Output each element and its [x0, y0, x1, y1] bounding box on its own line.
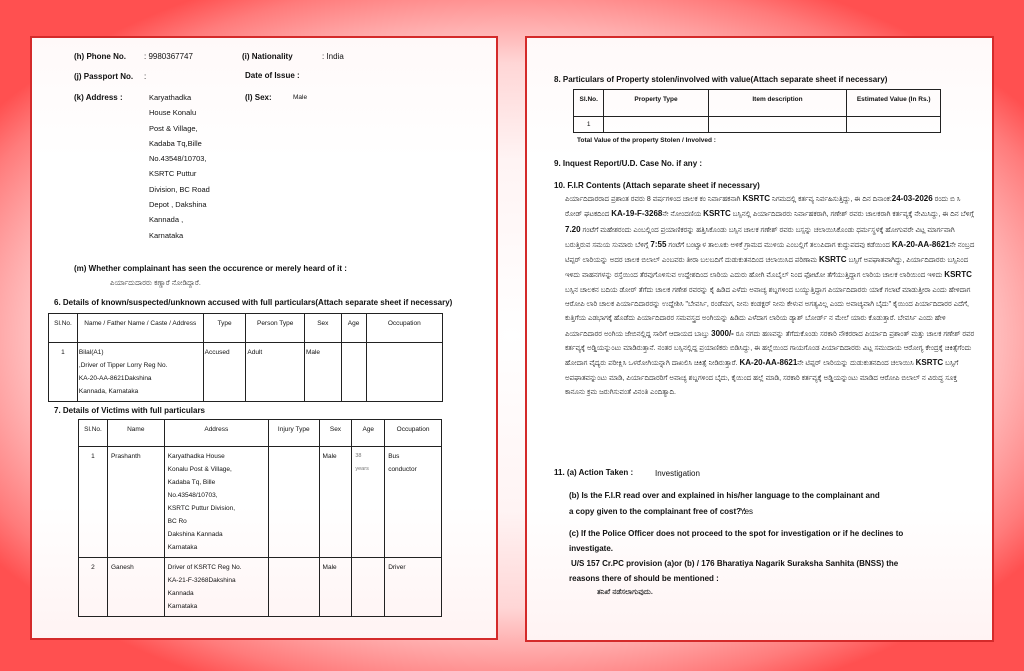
accused-col-header: Person Type: [246, 314, 305, 343]
section6-title: 6. Details of known/suspected/unknown ac…: [54, 298, 452, 307]
victim-sex: Male: [319, 558, 352, 617]
fir-highlight: 3000/-: [711, 329, 734, 338]
fir-highlight: KSRTC: [944, 270, 972, 279]
fir-highlight: KSRTC: [819, 255, 847, 264]
address-line: No.43548/10703,: [149, 151, 210, 166]
passport-label: (j) Passport No.: [74, 72, 133, 81]
victim-col-header: Name: [107, 420, 164, 447]
address-line: Kadaba Tq,Bille: [149, 136, 210, 151]
officer-declines-line2: investigate.: [569, 544, 613, 553]
address-line: Karnataka: [149, 228, 210, 243]
nationality-label: (i) Nationality: [242, 52, 293, 61]
section7-title: 7. Details of Victims with full particul…: [54, 406, 205, 415]
address-line: House Konalu: [149, 105, 210, 120]
fir-highlight: 7:55: [650, 240, 666, 249]
accused-person-type: Adult: [246, 343, 305, 402]
accused-col-header: Name / Father Name / Caste / Address: [77, 314, 203, 343]
fir-copy-question: a copy given to the complainant free of …: [569, 507, 746, 516]
date-of-issue-label: Date of Issue :: [245, 71, 300, 80]
victim-occupation: Driver: [385, 558, 442, 617]
fir-read-over-question: (b) Is the F.I.R read over and explained…: [569, 491, 880, 500]
accused-col-header: Age: [341, 314, 366, 343]
section10-title: 10. F.I.R Contents (Attach separate shee…: [554, 181, 760, 190]
nationality-value: : India: [322, 52, 344, 61]
action-taken-value: Investigation: [655, 469, 700, 478]
property-col-header: Item description: [708, 90, 847, 117]
accused-table: Sl.No.Name / Father Name / Caste / Addre…: [48, 313, 443, 402]
victim-age: 38years: [352, 447, 385, 558]
accused-name: Bilal(A1),Driver of Tipper Lorry Reg No.…: [77, 343, 203, 402]
officer-declines-line1: (c) If the Police Officer does not proce…: [569, 529, 903, 538]
victim-sl: 1: [79, 447, 108, 558]
accused-sl: 1: [49, 343, 78, 402]
bnss-provision-line: U/S 157 Cr.PC provision (a)or (b) / 176 …: [571, 559, 898, 568]
address-line: Division, BC Road: [149, 182, 210, 197]
accused-sex: Male: [304, 343, 341, 402]
fir-highlight: KA-20-AA-8621: [892, 240, 950, 249]
seen-heard-label: (m) Whether complainant has seen the occ…: [74, 264, 347, 273]
victim-col-header: Sex: [319, 420, 352, 447]
fir-highlight: KSRTC: [742, 194, 770, 203]
victim-sex: Male: [319, 447, 352, 558]
property-sl: 1: [574, 117, 604, 133]
phone-value: : 9980367747: [144, 52, 193, 61]
table-row: 1PrashanthKaryathadka HouseKonalu Post &…: [79, 447, 442, 558]
fir-highlight: KSRTC: [916, 358, 944, 367]
fir-copy-answer: Yes: [740, 507, 753, 516]
table-row: 1Bilal(A1),Driver of Tipper Lorry Reg No…: [49, 343, 443, 402]
victim-address: Karyathadka HouseKonalu Post & Village,K…: [164, 447, 268, 558]
victim-age: [352, 558, 385, 617]
address-line: KSRTC Puttur: [149, 166, 210, 181]
victim-col-header: Sl.No.: [79, 420, 108, 447]
victim-col-header: Age: [352, 420, 385, 447]
victim-col-header: Occupation: [385, 420, 442, 447]
address-line: Kannada ,: [149, 212, 210, 227]
victim-col-header: Address: [164, 420, 268, 447]
victim-col-header: Injury Type: [268, 420, 319, 447]
fir-highlight: 7.20: [565, 225, 581, 234]
accused-col-header: Sex: [304, 314, 341, 343]
victim-injury-type: [268, 558, 319, 617]
property-col-header: Estimated Value (In Rs.): [847, 90, 941, 117]
victim-name: Ganesh: [107, 558, 164, 617]
victim-injury-type: [268, 447, 319, 558]
property-col-header: Property Type: [604, 90, 708, 117]
victim-name: Prashanth: [107, 447, 164, 558]
action-taken-label: 11. (a) Action Taken :: [554, 468, 633, 477]
property-value: [847, 117, 941, 133]
sex-label: (l) Sex:: [245, 93, 272, 102]
phone-label: (h) Phone No.: [74, 52, 126, 61]
section9-title: 9. Inquest Report/U.D. Case No. if any :: [554, 159, 702, 168]
property-description: [708, 117, 847, 133]
fir-page-right: 8. Particulars of Property stolen/involv…: [525, 36, 994, 642]
accused-col-header: Type: [203, 314, 246, 343]
fir-page-left: (h) Phone No. : 9980367747 (i) Nationali…: [30, 36, 498, 640]
fir-highlight: 24-03-2026: [892, 194, 933, 203]
fir-highlight: KSRTC: [703, 209, 731, 218]
complainant-address: KaryathadkaHouse KonaluPost & Village,Ka…: [149, 90, 210, 243]
accused-col-header: Sl.No.: [49, 314, 78, 343]
passport-value: :: [144, 72, 146, 81]
fir-highlight: KA-19-F-3268: [611, 209, 662, 218]
address-line: Depot , Dakshina: [149, 197, 210, 212]
accused-type: Accused: [203, 343, 246, 402]
reasons-label: reasons there of should be mentioned :: [569, 574, 719, 583]
victim-sl: 2: [79, 558, 108, 617]
property-type: [604, 117, 708, 133]
table-row: 1: [574, 117, 941, 133]
address-line: Post & Village,: [149, 121, 210, 136]
section8-title: 8. Particulars of Property stolen/involv…: [554, 75, 887, 84]
accused-col-header: Occupation: [366, 314, 442, 343]
property-col-header: Sl.No.: [574, 90, 604, 117]
fir-contents-text: ಪಿರ್ಯಾದಿದಾರರಾದ ಪ್ರಶಾಂತ ರವರು 8 ವರ್ಷಗಳಿಂದ …: [565, 192, 977, 400]
sex-value: Male: [293, 94, 307, 101]
property-table: Sl.No.Property TypeItem descriptionEstim…: [573, 89, 941, 133]
seen-heard-value: ಪಿರ್ಯಾದುದಾರರು ಕಣ್ಣಾರೆ ನೋಡಿದ್ದಾರೆ.: [110, 280, 201, 288]
table-row: 2GaneshDriver of KSRTC Reg No.KA-21-F-32…: [79, 558, 442, 617]
property-total-label: Total Value of the property Stolen / Inv…: [577, 137, 716, 144]
address-label: (k) Address :: [74, 93, 123, 102]
victim-address: Driver of KSRTC Reg No.KA-21-F-3268Daksh…: [164, 558, 268, 617]
victim-occupation: Busconductor: [385, 447, 442, 558]
accused-age: [341, 343, 366, 402]
accused-occupation: [366, 343, 442, 402]
fir-highlight: KA-20-AA-8621: [740, 358, 798, 367]
address-line: Karyathadka: [149, 90, 210, 105]
reasons-value: ತನಿಖೆ ನಡೆಸಲಾಗುವುದು.: [597, 589, 653, 597]
victims-table: Sl.No.NameAddressInjury TypeSexAgeOccupa…: [78, 419, 442, 617]
